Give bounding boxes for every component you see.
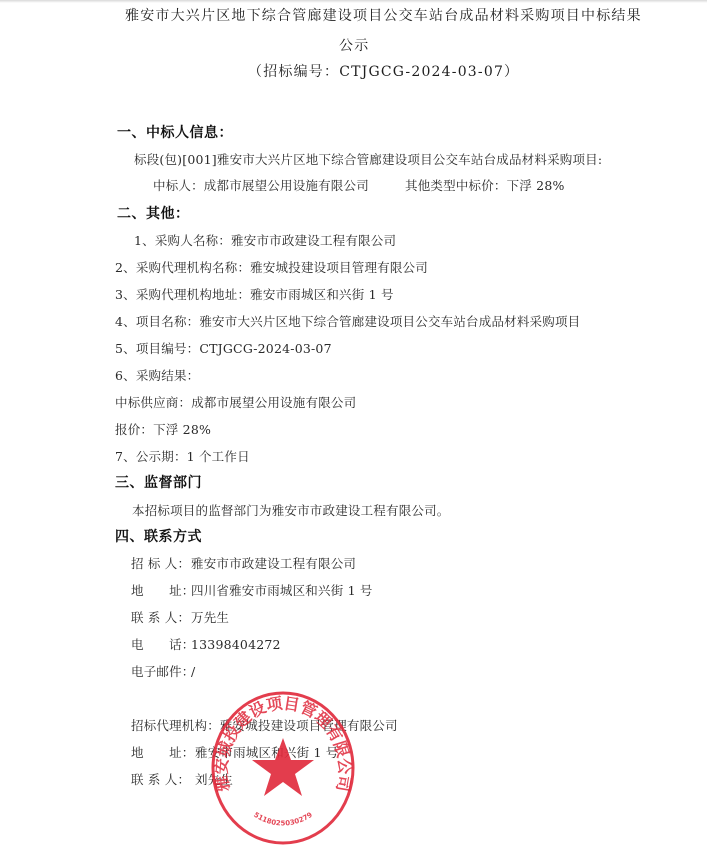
other-item-6: 6、采购结果： bbox=[115, 368, 199, 384]
agency-label: 地 址： bbox=[131, 745, 195, 761]
supervision-text: 本招标项目的监督部门为雅安市市政建设工程有限公司。 bbox=[132, 503, 450, 519]
agency-value: 雅安市雨城区和兴街 1 号 bbox=[195, 745, 339, 760]
quoted-price: 报价：下浮 28% bbox=[115, 422, 211, 438]
section3-heading: 三、监督部门 bbox=[115, 475, 202, 491]
contact-email: 电子邮件：/ bbox=[131, 664, 195, 680]
winner-line: 中标人：成都市展望公用设施有限公司 bbox=[153, 178, 369, 194]
agency-label: 联 系 人： bbox=[131, 772, 195, 788]
contact-value: 13398404272 bbox=[191, 637, 281, 652]
contact-label: 电子邮件： bbox=[131, 664, 191, 680]
other-item-2: 2、采购代理机构名称：雅安城投建设项目管理有限公司 bbox=[115, 260, 428, 276]
contact-address: 地 址：四川省雅安市雨城区和兴街 1 号 bbox=[131, 583, 373, 599]
section1-heading: 一、中标人信息： bbox=[117, 125, 233, 141]
tender-number: （招标编号：CTJGCG-2024-03-07） bbox=[248, 64, 519, 80]
agency-value: 刘先生 bbox=[195, 772, 233, 787]
contact-label: 电 话： bbox=[131, 637, 191, 653]
other-item-5: 5、项目编号：CTJGCG-2024-03-07 bbox=[115, 341, 332, 357]
contact-tenderer: 招 标 人：雅安市市政建设工程有限公司 bbox=[131, 556, 356, 572]
contact-value: 万先生 bbox=[191, 610, 229, 625]
other-item-1: 1、采购人名称：雅安市市政建设工程有限公司 bbox=[134, 233, 396, 249]
contact-value: 四川省雅安市雨城区和兴街 1 号 bbox=[191, 583, 373, 598]
publicity-period: 7、公示期：1 个工作日 bbox=[115, 449, 250, 465]
agency-contact: 联 系 人：刘先生 bbox=[131, 772, 233, 788]
page-top-shadow bbox=[0, 0, 707, 3]
agency-name: 招标代理机构：雅安城投建设项目管理有限公司 bbox=[131, 718, 398, 734]
official-seal-icon: 雅安城投建设项目管理有限公司 5118025030279 bbox=[205, 690, 361, 846]
contact-value: 雅安市市政建设工程有限公司 bbox=[191, 556, 356, 571]
contact-person: 联 系 人：万先生 bbox=[131, 610, 229, 626]
contact-label: 联 系 人： bbox=[131, 610, 191, 626]
contact-value: / bbox=[191, 664, 195, 679]
contact-phone: 电 话：13398404272 bbox=[131, 637, 281, 653]
contact-label: 招 标 人： bbox=[131, 556, 191, 572]
document-title: 雅安市大兴片区地下综合管廊建设项目公交车站台成品材料采购项目中标结果 bbox=[125, 8, 642, 24]
document-title-line2: 公示 bbox=[339, 38, 369, 54]
seal-number: 5118025030279 bbox=[252, 811, 314, 828]
agency-address: 地 址：雅安市雨城区和兴街 1 号 bbox=[131, 745, 339, 761]
contact-label: 地 址： bbox=[131, 583, 191, 599]
section2-heading: 二、其他： bbox=[117, 206, 190, 222]
other-item-4: 4、项目名称：雅安市大兴片区地下综合管廊建设项目公交车站台成品材料采购项目 bbox=[115, 314, 580, 330]
other-item-3: 3、采购代理机构地址：雅安市雨城区和兴街 1 号 bbox=[115, 287, 394, 303]
agency-label: 招标代理机构： bbox=[131, 718, 220, 734]
lot-line: 标段(包)[001]雅安市大兴片区地下综合管廊建设项目公交车站台成品材料采购项目… bbox=[134, 152, 602, 168]
winning-price: 其他类型中标价：下浮 28% bbox=[405, 178, 565, 194]
winning-supplier: 中标供应商：成都市展望公用设施有限公司 bbox=[115, 395, 356, 411]
agency-value: 雅安城投建设项目管理有限公司 bbox=[220, 718, 398, 733]
section4-heading: 四、联系方式 bbox=[115, 529, 202, 545]
